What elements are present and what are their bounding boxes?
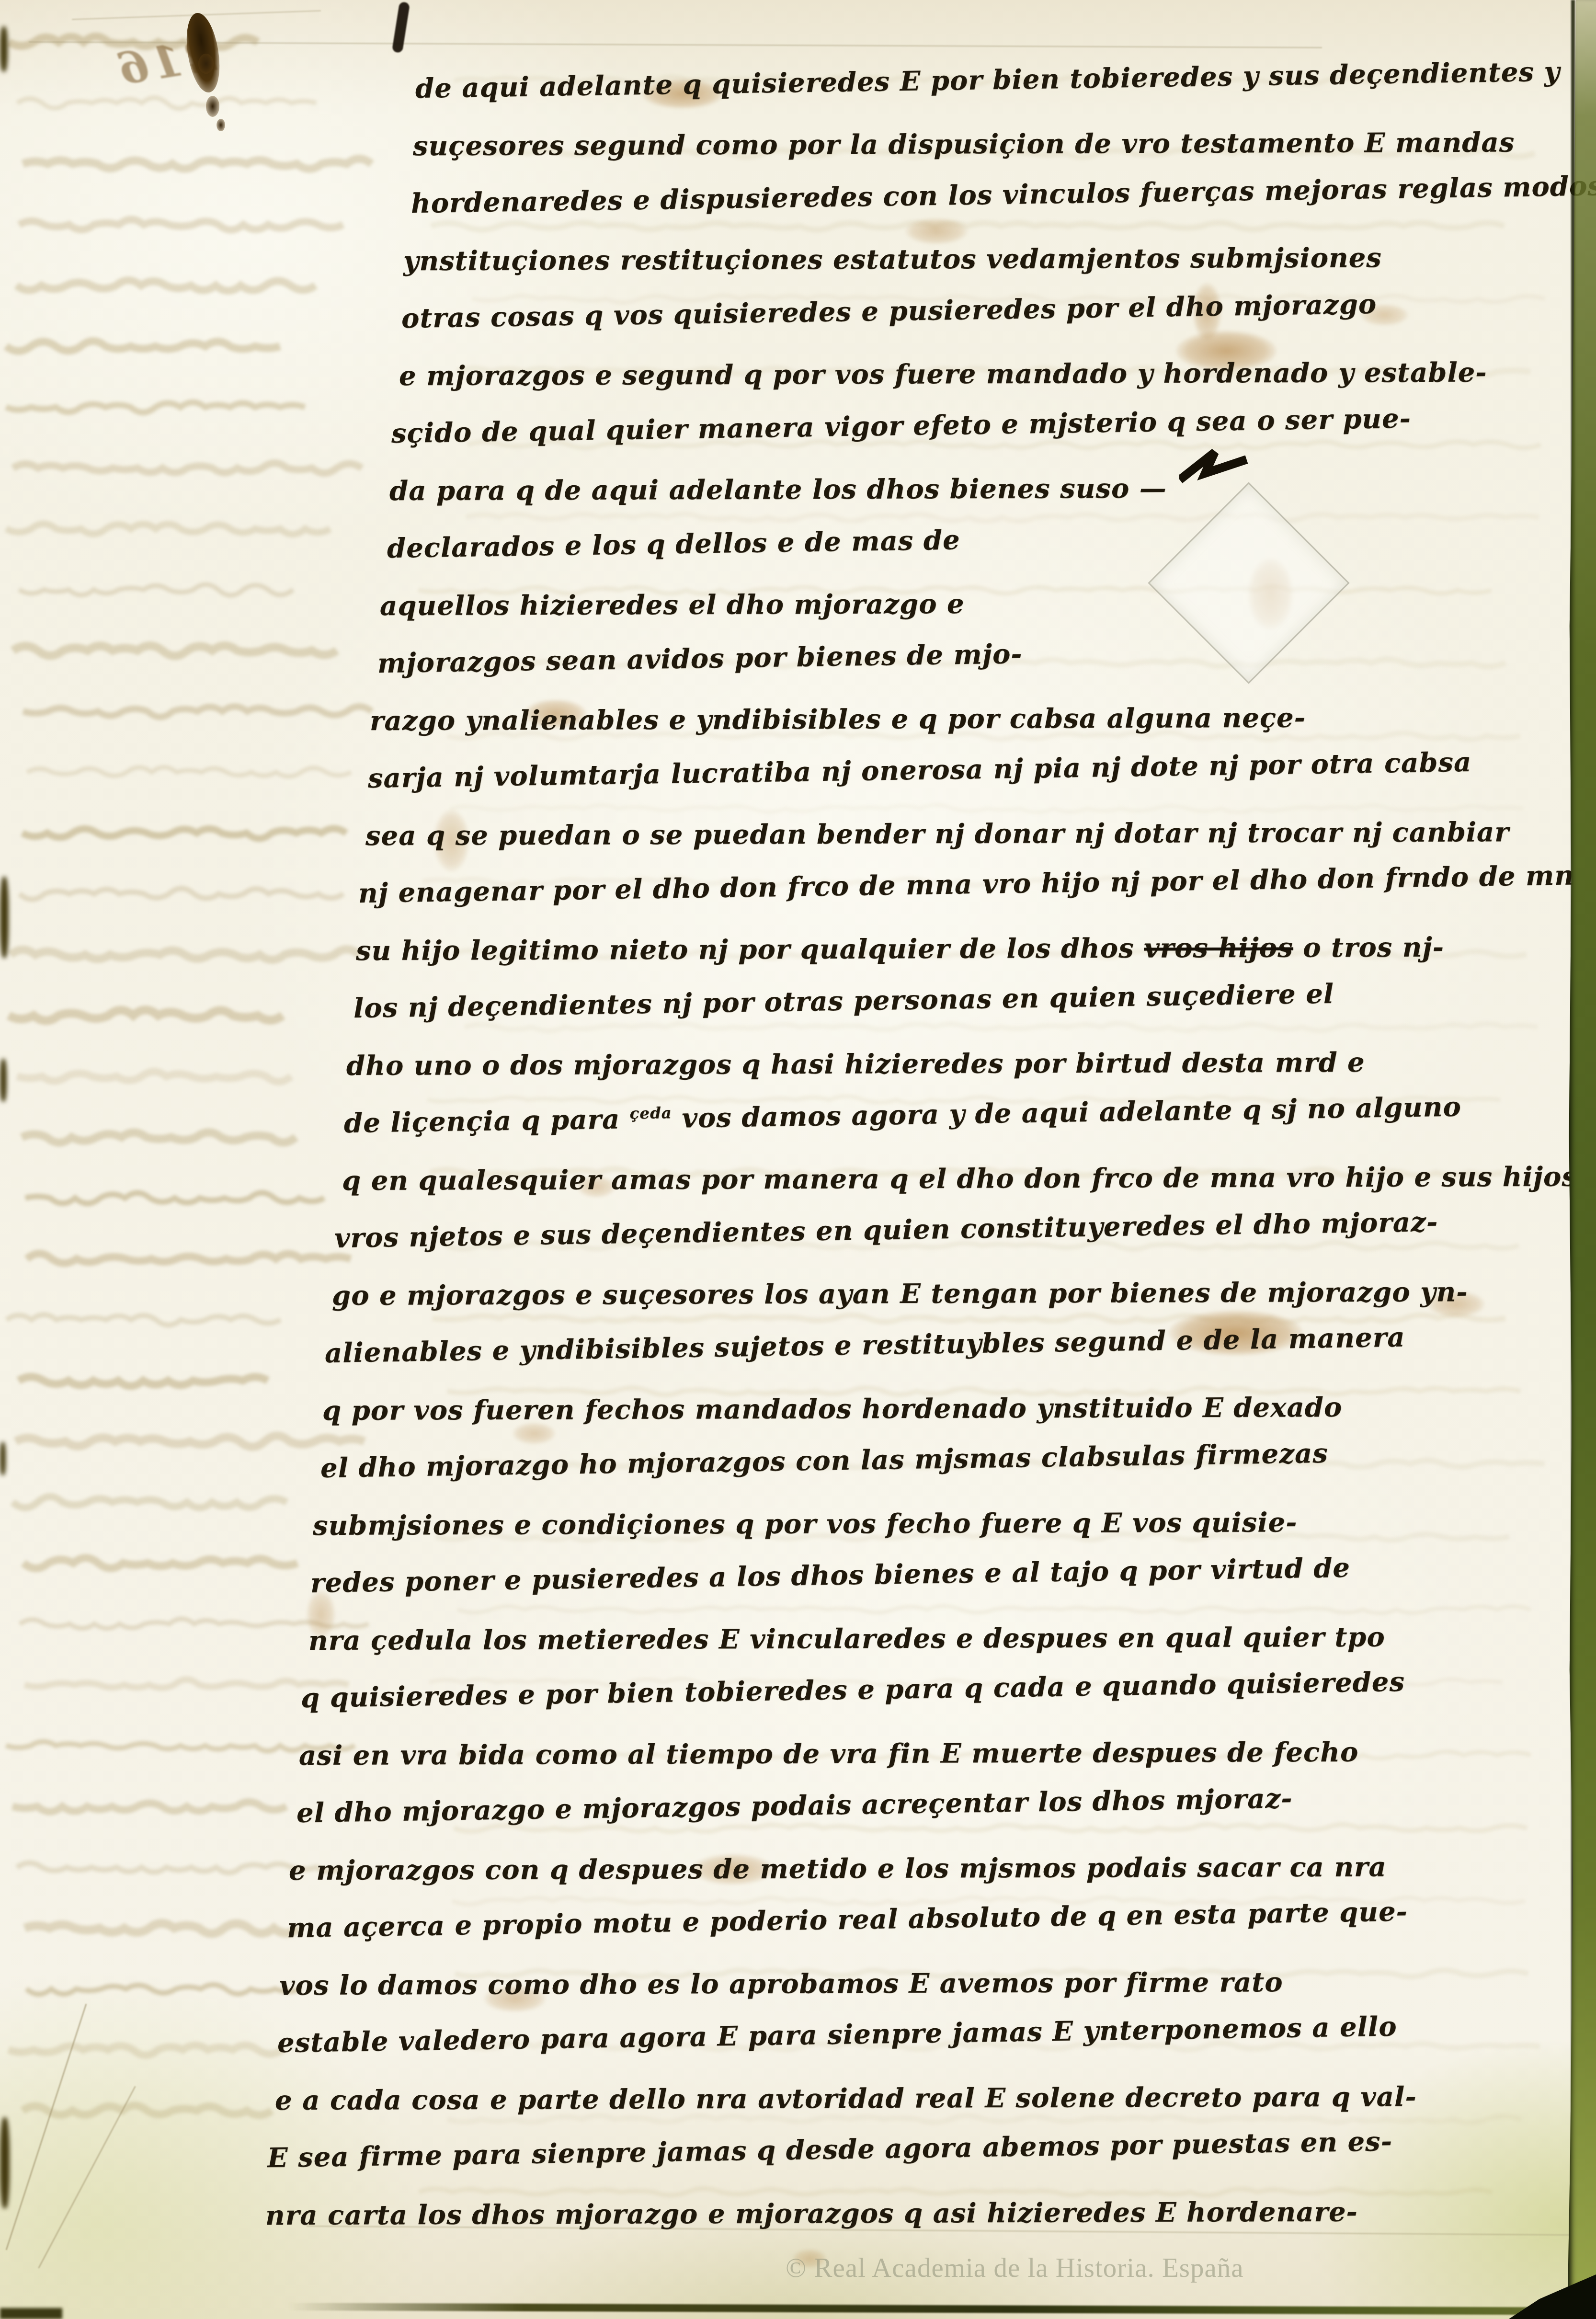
manuscript-line: sea q se puedan o se puedan bender nj do…: [365, 816, 1509, 852]
manuscript-line: otras cosas q vos quisieredes e pusiered…: [401, 288, 1377, 334]
manuscript-line: de liçençia q para çeda vos damos agora …: [344, 1091, 1462, 1139]
manuscript-line: vros njetos e sus deçendientes en quien …: [334, 1206, 1438, 1254]
struck-words: vros hijos: [1144, 932, 1293, 964]
manuscript-line: de aqui adelante q quisieredes E por bie…: [415, 56, 1561, 104]
line-text: de liçençia q para: [344, 1103, 630, 1139]
manuscript-line: su hijo legitimo nieto nj por qualquier …: [356, 931, 1444, 967]
manuscript-line: mjorazgos sean avidos por bienes de mjo-: [377, 638, 1023, 679]
manuscript-line: vos lo damos como dho es lo aprobamos E …: [279, 1966, 1283, 2001]
line-text: vos damos agora y de aqui adelante q sj …: [672, 1091, 1462, 1134]
manuscript-line: e mjorazgos con q despues de metido e lo…: [289, 1851, 1387, 1886]
manuscript-page: 216 de aqui adelante q quisieredes E por…: [0, 0, 1596, 2319]
manuscript-text-block: de aqui adelante q quisieredes E por bie…: [0, 0, 1596, 2319]
manuscript-line: go e mjorazgos e suçesores los ayan E te…: [332, 1276, 1468, 1312]
manuscript-line: estable valedero para agora E para sienp…: [277, 2011, 1397, 2059]
manuscript-line: e mjorazgos e segund q por vos fuere man…: [399, 356, 1487, 392]
line-text: o tros nj-: [1293, 931, 1445, 963]
manuscript-line: razgo ynalienables e yndibisibles e q po…: [370, 702, 1306, 737]
manuscript-line: hordenaredes e dispusieredes con los vin…: [410, 170, 1596, 219]
manuscript-line: ynstituçiones restituçiones estatutos ve…: [403, 242, 1382, 277]
manuscript-line: nj enagenar por el dho don frco de mna v…: [358, 859, 1592, 909]
manuscript-line: alienables e yndibisibles sujetos e rest…: [324, 1322, 1405, 1369]
manuscript-line: E sea firme para sienpre jamas q desde a…: [267, 2125, 1393, 2174]
manuscript-line: e a cada cosa e parte dello nra avtorida…: [275, 2081, 1417, 2116]
manuscript-line: el dho mjorazgo e mjorazgos podais acreç…: [296, 1782, 1293, 1829]
manuscript-line: nra çedula los metieredes E vincularedes…: [308, 1622, 1385, 1656]
manuscript-line: submjsiones e condiçiones q por vos fech…: [313, 1507, 1298, 1542]
manuscript-line: q en qualesquier amas por manera q el dh…: [342, 1161, 1596, 1197]
interlinear-insertion: çeda: [629, 1104, 672, 1122]
manuscript-line: dho uno o dos mjorazgos q hasi hizierede…: [346, 1047, 1365, 1082]
manuscript-line: q quisieredes e por bien tobieredes e pa…: [301, 1666, 1405, 1714]
manuscript-line: aquellos hizieredes el dho mjorazgo e: [379, 588, 964, 622]
manuscript-line: nra carta los dhos mjorazgo e mjorazgos …: [265, 2196, 1358, 2231]
manuscript-line: asi en vra bida como al tiempo de vra fi…: [298, 1736, 1358, 1771]
manuscript-line: declarados e los q dellos e de mas de: [387, 524, 961, 564]
manuscript-line: el dho mjorazgo ho mjorazgos con las mjs…: [320, 1438, 1328, 1484]
manuscript-line: los nj deçendientes nj por otras persona…: [353, 978, 1334, 1024]
manuscript-line: sçido de qual quier manera vigor efeto e…: [391, 402, 1412, 449]
manuscript-line: redes poner e pusieredes a los dhos bien…: [310, 1552, 1351, 1599]
manuscript-line: da para q de aqui adelante los dhos bien…: [389, 473, 1167, 507]
manuscript-line: ma açerca e propio motu e poderio real a…: [286, 1896, 1408, 1944]
line-text: su hijo legitimo nieto nj por qualquier …: [356, 933, 1144, 967]
credit-watermark: © Real Academia de la Historia. España: [786, 2252, 1244, 2284]
manuscript-line: q por vos fueren fechos mandados hordena…: [322, 1392, 1342, 1427]
manuscript-line: suçesores segund como por la dispusiçion…: [413, 126, 1515, 162]
manuscript-line: sarja nj volumtarja lucratiba nj onerosa…: [367, 746, 1471, 794]
edge-mark-bottom-left: [0, 2308, 62, 2319]
